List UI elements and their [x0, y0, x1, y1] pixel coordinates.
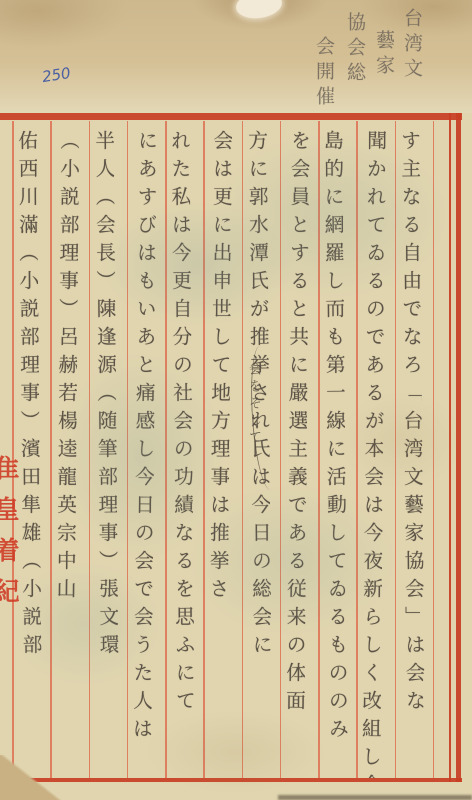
column-rule [242, 121, 244, 778]
corner-fold [0, 755, 62, 800]
column-rule [165, 121, 167, 778]
column-rule [395, 121, 397, 778]
annotation-line: 会開催 [314, 36, 333, 111]
frame-right-inner-border [449, 113, 451, 782]
annotation-line: 藝家 [374, 30, 393, 80]
manuscript-column: 半人（会長）陳逢源（随筆部理事）張文環 [93, 130, 118, 662]
manuscript-column: れた私は今更自分の社会の功績なるを思ふにて [170, 130, 195, 718]
manuscript-column: 島的に網羅し而も第一線に活動してゐるもののみ [322, 130, 347, 746]
column-rule [356, 121, 358, 778]
column-rule [127, 121, 129, 778]
manuscript-column: にあすびはもいあと痛感し今日の会で会うた人は [131, 130, 156, 746]
scan-edge-shadow [278, 795, 472, 800]
manuscript-column: を会員とすると共に嚴選主義である従来の体面 [284, 130, 309, 718]
column-rule [89, 121, 91, 778]
annotation-line: 協会総 [345, 12, 364, 87]
frame-bottom-border [0, 778, 462, 782]
manuscript-column: 聞かれてゐるのであるが本会は今夜新らしく改組し全 [361, 130, 387, 778]
column-rule [203, 121, 205, 778]
annotation-line: 台湾文 [402, 8, 421, 83]
column-rule [12, 121, 14, 778]
manuscript-column: （小説部理事）呂赫若楊逵龍英宗中山 [55, 130, 79, 606]
frame-top-border [0, 113, 462, 120]
manuscript-column: 会は更に出申世して地方理事は推挙さ [208, 130, 232, 606]
manuscript-page: 250 台湾文 藝家 協会総 会開催 す主なる自由でなろ「台湾文藝家協会」は会な… [0, 0, 472, 800]
insertion-note: 会をそして [244, 362, 263, 447]
column-rule [433, 121, 435, 778]
red-stamp-partial: 隹皇着紀 [0, 455, 23, 619]
frame-right-outer-border [456, 113, 461, 782]
column-rule [50, 121, 52, 778]
column-rule [318, 121, 320, 778]
manuscript-column: す主なる自由でなろ「台湾文藝家協会」は会な [399, 130, 424, 718]
